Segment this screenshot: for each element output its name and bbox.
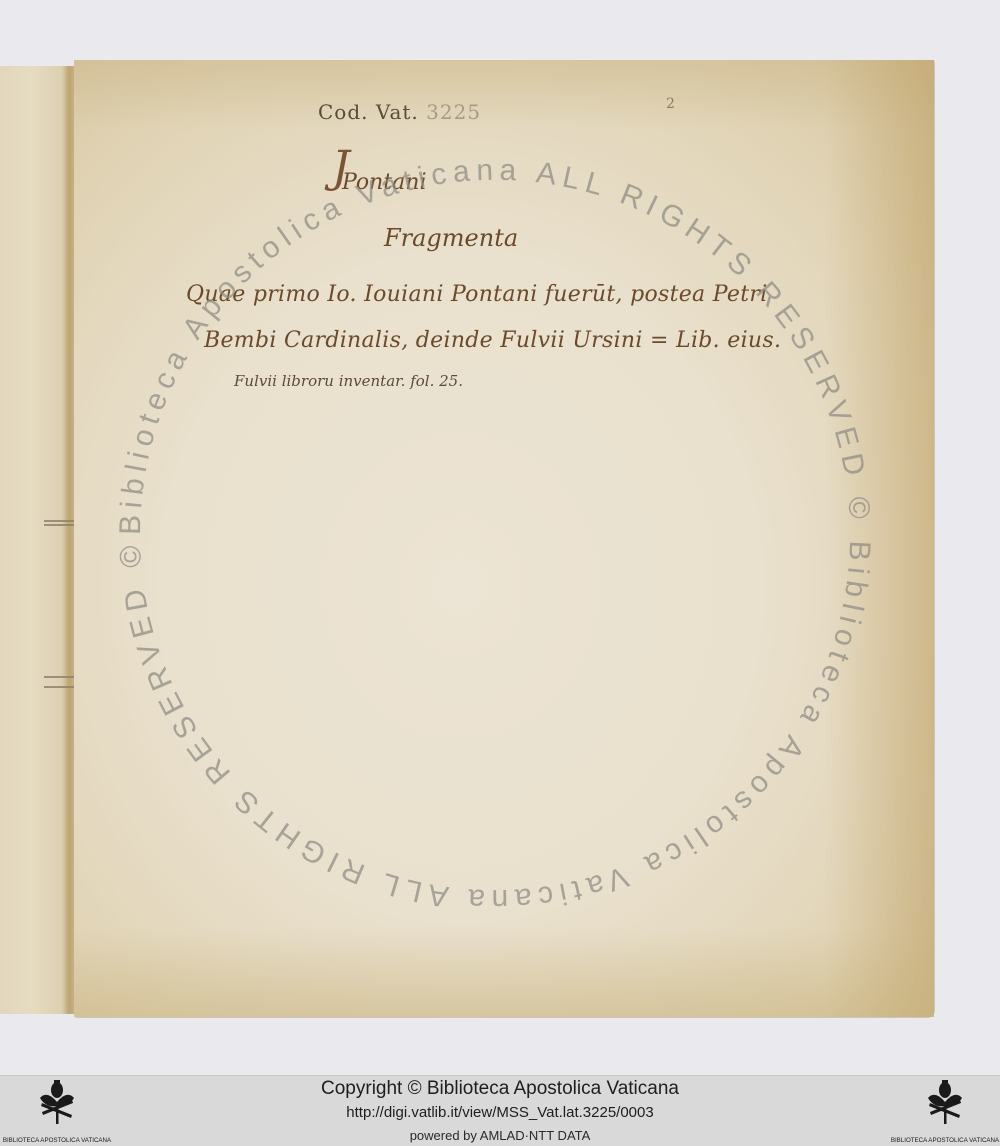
text-line-2: Bembi Cardinalis, deinde Fulvii Ursini =… [204,328,781,353]
text-line-3: Fulvii libroru inventar. fol. 25. [234,372,463,390]
shelfmark: Cod. Vat. 3225 [318,100,481,124]
page-stain [74,60,934,130]
shelfmark-label: Cod. Vat. [318,100,419,124]
text-line-1: Quae primo Io. Iouiani Pontani fuerūt, p… [186,282,768,307]
image-viewer[interactable]: Cod. Vat. 3225 2 J Pontani Fragmenta Qua… [0,0,1000,1075]
page-stain [824,60,934,1017]
footer-bar: BIBLIOTECA APOSTOLICA VATICANA Copyright… [0,1075,1000,1146]
binding-stitch [44,676,74,678]
title-line-1: Pontani [342,170,427,195]
shelfmark-number: 3225 [426,100,481,124]
binding-stitch [44,520,74,522]
vatican-library-logo-icon: BIBLIOTECA APOSTOLICA VATICANA [890,1076,1000,1146]
title-line-2: Fragmenta [384,224,518,252]
manuscript-page: Cod. Vat. 3225 2 J Pontani Fragmenta Qua… [74,60,934,1017]
powered-by-text: powered by AMLAD·NTT DATA [0,1128,1000,1143]
folio-number: 2 [666,96,675,112]
binding-stitch [44,524,74,526]
binding-stitch [44,686,74,688]
svg-text:BIBLIOTECA APOSTOLICA VATICANA: BIBLIOTECA APOSTOLICA VATICANA [891,1137,1000,1144]
permalink-url[interactable]: http://digi.vatlib.it/view/MSS_Vat.lat.3… [0,1104,1000,1121]
page-stain [74,927,934,1017]
copyright-text: Copyright © Biblioteca Apostolica Vatica… [0,1078,1000,1100]
